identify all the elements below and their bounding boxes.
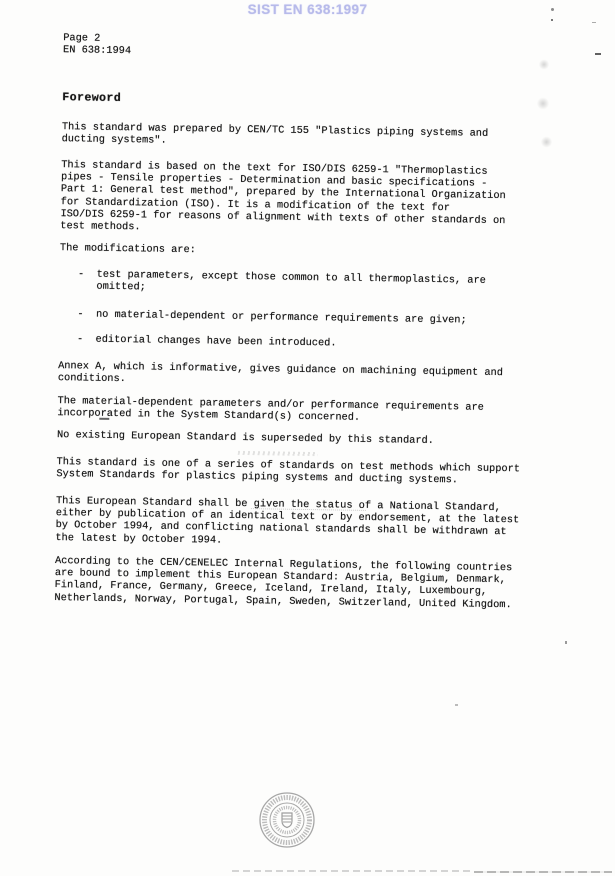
foreword-heading: Foreword [62, 92, 121, 105]
paragraph-series-of-standards: This standard is one of a series of stan… [56, 456, 520, 488]
list-item-editorial: - editorial changes have been introduced… [58, 333, 336, 350]
paragraph-prepared-by: This standard was prepared by CEN/TC 155… [62, 121, 489, 152]
paragraph-material-dependent: The material-dependent parameters and/or… [57, 395, 484, 426]
official-stamp-icon [257, 790, 317, 850]
paragraph-modifications-intro: The modifications are: [60, 242, 196, 256]
scan-edge-dashes [232, 870, 472, 872]
paragraph-based-on-iso: This standard is based on the text for I… [60, 159, 506, 239]
ghost-print-smear [238, 451, 318, 456]
noise-smudge [539, 59, 549, 70]
noise-smudge [537, 97, 549, 110]
list-item-no-material: - no material-dependent or performance r… [59, 308, 467, 327]
page-number: Page 2 [63, 32, 100, 45]
scanned-document-page: SIST EN 638:1997 Page 2 EN 638:1994 Fore… [0, 0, 615, 876]
paragraph-national-standard: This European Standard shall be given th… [55, 495, 519, 551]
noise-smudge [541, 136, 552, 148]
scan-content: Page 2 EN 638:1994 Foreword This standar… [0, 0, 615, 876]
paragraph-no-existing: No existing European Standard is superse… [57, 429, 434, 447]
paragraph-annex-a: Annex A, which is informative, gives gui… [58, 360, 503, 391]
noise-speck [565, 641, 567, 644]
standard-reference: EN 638:1994 [63, 44, 131, 57]
stray-underline-mark [99, 418, 109, 420]
noise-speck [551, 8, 554, 11]
paragraph-cen-cenelec: According to the CEN/CENELEC Internal Re… [54, 555, 512, 611]
noise-speck [455, 704, 458, 706]
scan-edge-dashes [474, 871, 612, 873]
noise-speck [592, 22, 596, 23]
list-item-test-parameters: - test parameters, except those common t… [59, 268, 486, 299]
noise-speck [551, 19, 553, 21]
noise-speck [595, 53, 601, 55]
